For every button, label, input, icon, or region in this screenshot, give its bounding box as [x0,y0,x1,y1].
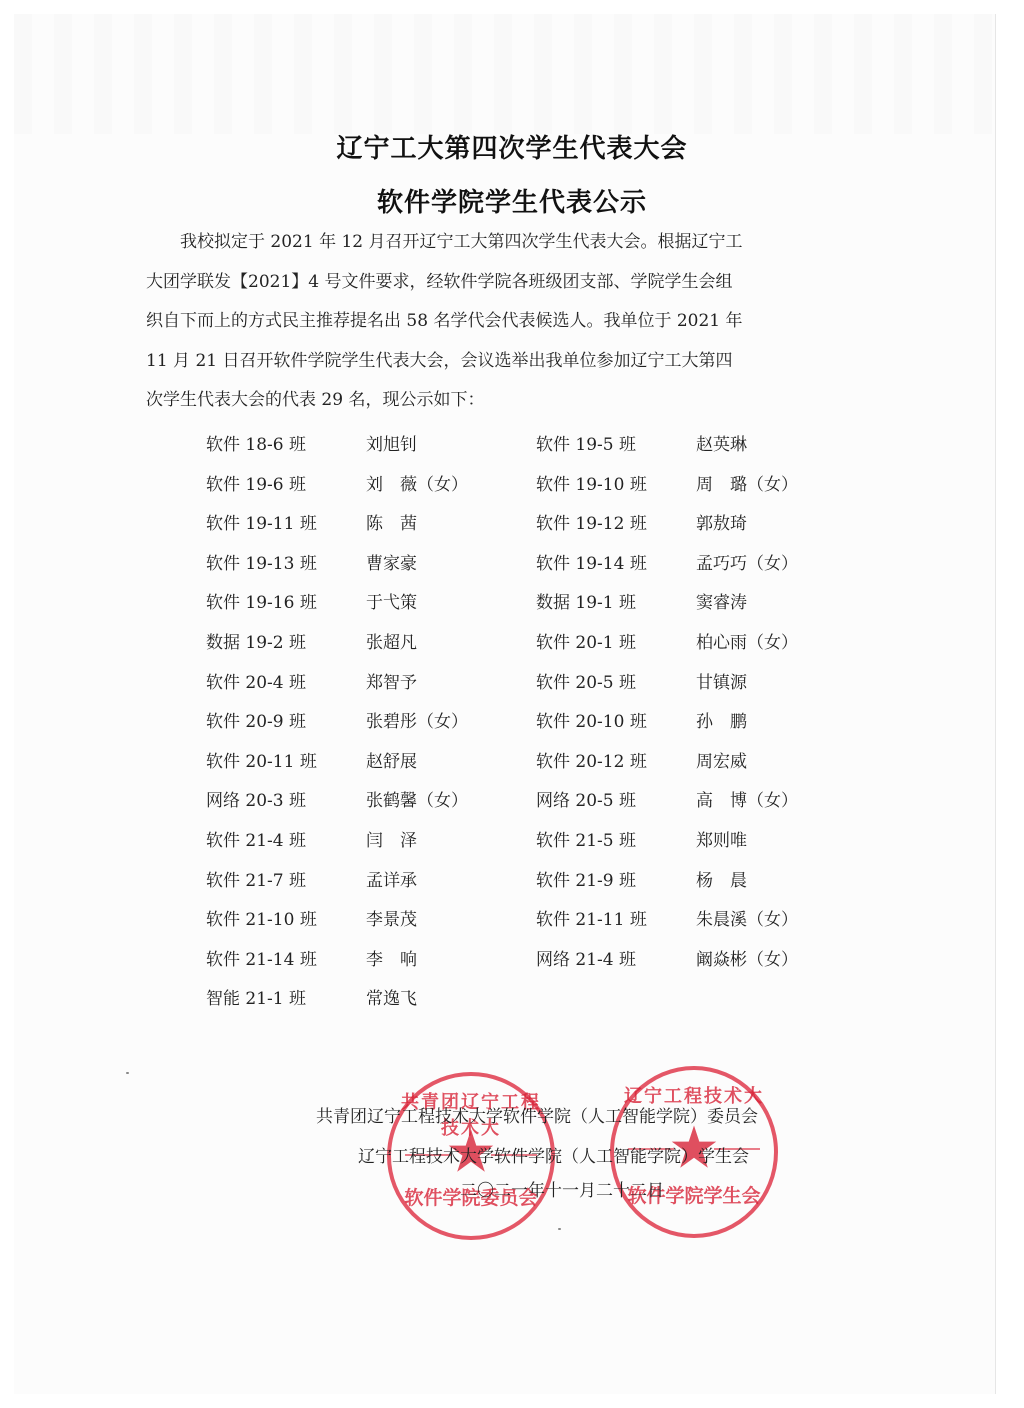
class-label: 软件 21-7 班 [206,866,306,891]
document-title: 辽宁工大第四次学生代表大会 [0,128,1024,165]
student-name: 窦睿涛 [696,588,747,613]
signature-org-youth-league: 共青团辽宁工程技术大学软件学院（人工智能学院）委员会 [316,1102,758,1127]
intro-paragraph: 我校拟定于 2021 年 12 月召开辽宁工大第四次学生代表大会。根据辽宁工 大… [146,223,846,421]
list-row: 软件 21-7 班 孟详承 软件 21-9 班 杨 晨 [206,860,846,900]
representatives-list: 软件 18-6 班 刘旭钊 软件 19-5 班 赵英琳 软件 19-6 班 刘 … [206,424,846,1018]
student-name: 刘旭钊 [366,430,417,455]
signature-org-student-union: 辽宁工程技术大学软件学院（人工智能学院）学生会 [358,1142,749,1167]
class-label: 数据 19-1 班 [536,588,636,613]
list-row: 软件 19-13 班 曹家豪 软件 19-14 班 孟巧巧（女） [206,543,846,583]
list-row: 软件 18-6 班 刘旭钊 软件 19-5 班 赵英琳 [206,424,846,464]
class-label: 软件 21-9 班 [536,866,636,891]
student-name: 于弋策 [366,588,417,613]
class-label: 软件 20-5 班 [536,668,636,693]
student-name: 张鹤馨（女） [366,786,468,811]
student-name: 孙 鹏 [696,707,747,732]
class-label: 网络 21-4 班 [536,945,636,970]
scan-speck [126,1072,129,1074]
student-name: 朱晨溪（女） [696,905,798,930]
list-row: 数据 19-2 班 张超凡 软件 20-1 班 柏心雨（女） [206,622,846,662]
student-name: 周宏威 [696,747,747,772]
list-row: 软件 19-6 班 刘 薇（女） 软件 19-10 班 周 璐（女） [206,464,846,504]
list-row: 软件 21-4 班 闫 泽 软件 21-5 班 郑则唯 [206,820,846,860]
class-label: 软件 21-11 班 [536,905,647,930]
scan-speck [558,1228,561,1230]
paragraph-line: 11 月 21 日召开软件学院学生代表大会，会议选举出我单位参加辽宁工大第四 [146,342,846,382]
class-label: 软件 19-14 班 [536,549,647,574]
student-name: 李景茂 [366,905,417,930]
student-name: 郑则唯 [696,826,747,851]
student-name: 常逸飞 [366,984,417,1009]
class-label: 软件 19-11 班 [206,509,317,534]
class-label: 软件 21-5 班 [536,826,636,851]
class-label: 软件 20-11 班 [206,747,317,772]
student-name: 孟详承 [366,866,417,891]
paragraph-line: 织自下而上的方式民主推荐提名出 58 名学代会代表候选人。我单位于 2021 年 [146,302,846,342]
class-label: 软件 21-10 班 [206,905,317,930]
class-label: 软件 19-10 班 [536,470,647,495]
class-label: 软件 20-10 班 [536,707,647,732]
list-row: 软件 19-11 班 陈 茜 软件 19-12 班 郭敖琦 [206,503,846,543]
class-label: 网络 20-5 班 [536,786,636,811]
student-name: 赵舒展 [366,747,417,772]
class-label: 软件 18-6 班 [206,430,306,455]
student-name: 曹家豪 [366,549,417,574]
student-name: 闫 泽 [366,826,417,851]
scan-artifact-bands [14,14,995,134]
paragraph-line: 次学生代表大会的代表 29 名，现公示如下： [146,381,846,421]
class-label: 软件 20-12 班 [536,747,647,772]
list-row: 软件 20-9 班 张碧彤（女） 软件 20-10 班 孙 鹏 [206,701,846,741]
list-row: 软件 21-14 班 李 响 网络 21-4 班 阚焱彬（女） [206,939,846,979]
class-label: 软件 20-9 班 [206,707,306,732]
student-name: 郑智予 [366,668,417,693]
student-name: 张碧彤（女） [366,707,468,732]
student-name: 高 博（女） [696,786,798,811]
class-label: 网络 20-3 班 [206,786,306,811]
class-label: 数据 19-2 班 [206,628,306,653]
list-row: 软件 19-16 班 于弋策 数据 19-1 班 窦睿涛 [206,582,846,622]
list-row: 软件 21-10 班 李景茂 软件 21-11 班 朱晨溪（女） [206,899,846,939]
list-row: 软件 20-4 班 郑智予 软件 20-5 班 甘镇源 [206,662,846,702]
paragraph-line: 我校拟定于 2021 年 12 月召开辽宁工大第四次学生代表大会。根据辽宁工 [146,223,846,263]
paragraph-line: 大团学联发【2021】4 号文件要求，经软件学院各班级团支部、学院学生会组 [146,263,846,303]
class-label: 软件 19-6 班 [206,470,306,495]
student-name: 阚焱彬（女） [696,945,798,970]
list-row: 软件 20-11 班 赵舒展 软件 20-12 班 周宏威 [206,741,846,781]
class-label: 软件 19-5 班 [536,430,636,455]
class-label: 软件 21-4 班 [206,826,306,851]
student-name: 赵英琳 [696,430,747,455]
student-name: 郭敖琦 [696,509,747,534]
list-row: 智能 21-1 班 常逸飞 [206,978,846,1018]
class-label: 智能 21-1 班 [206,984,306,1009]
list-row: 网络 20-3 班 张鹤馨（女） 网络 20-5 班 高 博（女） [206,780,846,820]
class-label: 软件 19-13 班 [206,549,317,574]
class-label: 软件 20-1 班 [536,628,636,653]
signature-date: 二〇二一年十一月二十二日 [460,1176,664,1201]
class-label: 软件 19-12 班 [536,509,647,534]
student-name: 李 响 [366,945,417,970]
student-name: 杨 晨 [696,866,747,891]
student-name: 孟巧巧（女） [696,549,798,574]
class-label: 软件 21-14 班 [206,945,317,970]
student-name: 柏心雨（女） [696,628,798,653]
student-name: 刘 薇（女） [366,470,468,495]
class-label: 软件 20-4 班 [206,668,306,693]
student-name: 甘镇源 [696,668,747,693]
student-name: 周 璐（女） [696,470,798,495]
class-label: 软件 19-16 班 [206,588,317,613]
student-name: 张超凡 [366,628,417,653]
student-name: 陈 茜 [366,509,417,534]
document-subtitle: 软件学院学生代表公示 [0,182,1024,219]
